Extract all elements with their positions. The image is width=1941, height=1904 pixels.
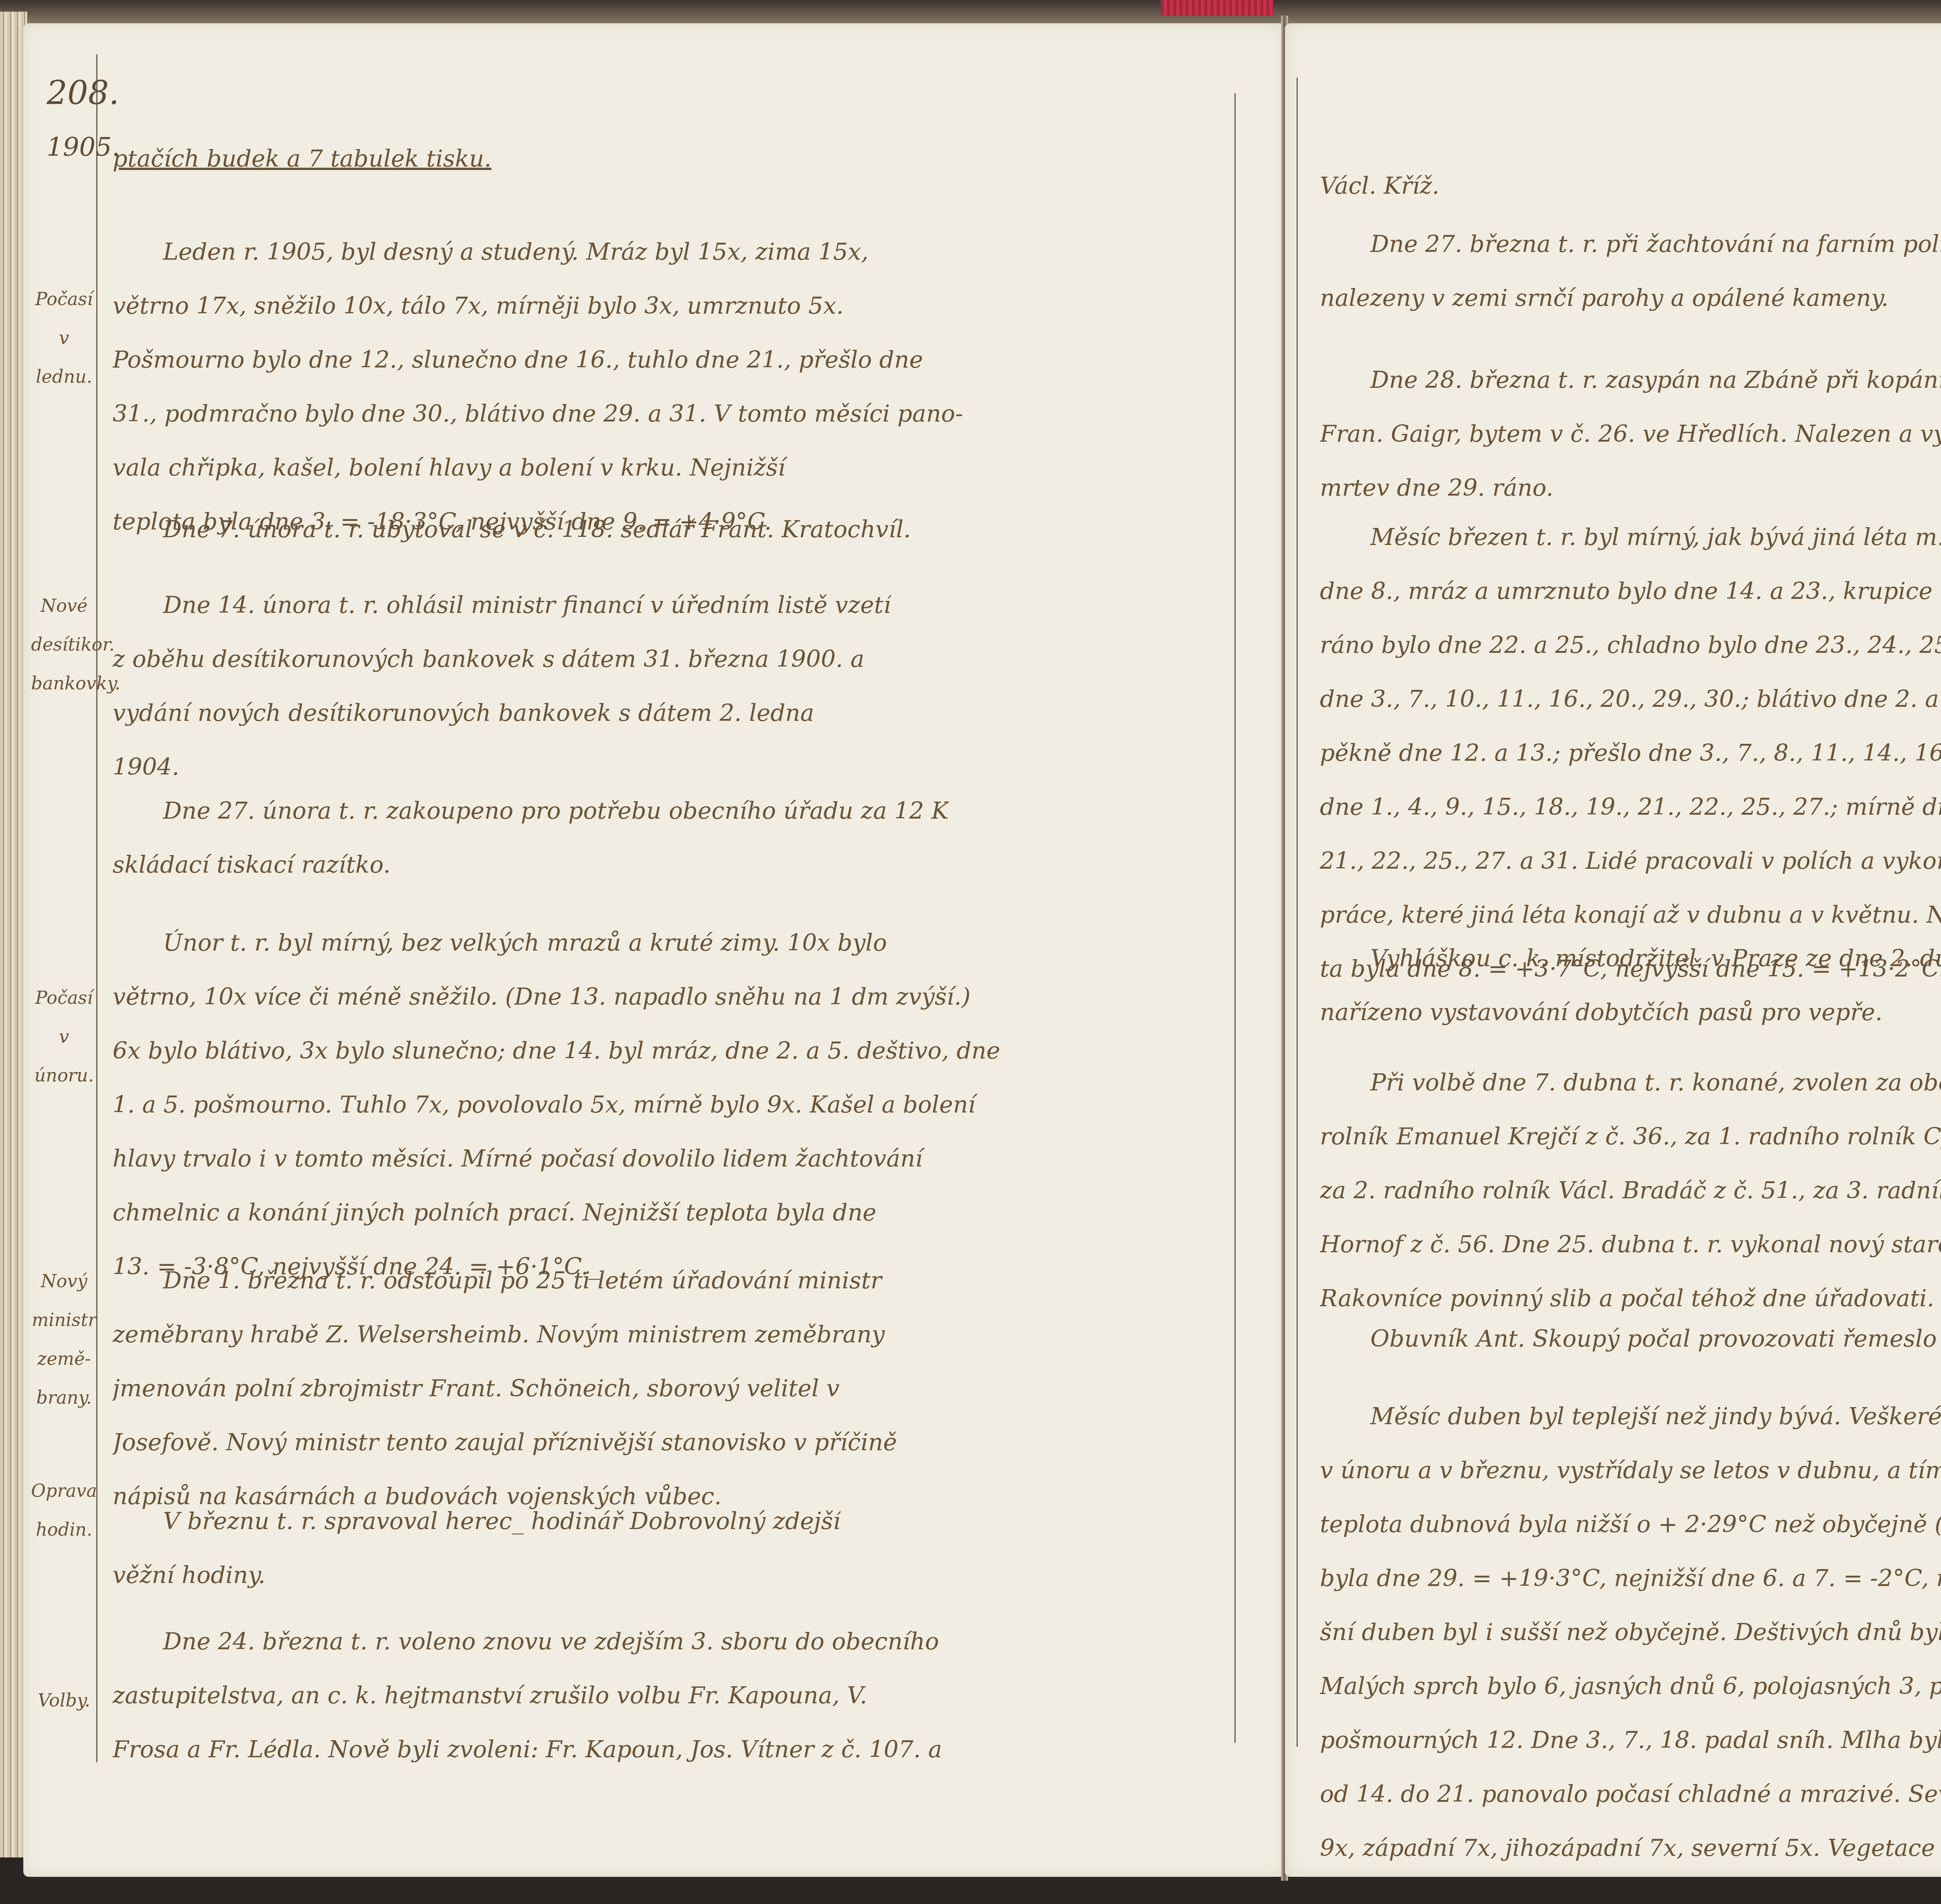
entry-old-find: Dne 27. března t. r. při žachtování na f… (1320, 217, 1941, 325)
entry-weather-january: Leden r. 1905, byl desný a studený. Mráz… (113, 225, 963, 549)
entry-vacl-kriz: Václ. Kříž. (1320, 159, 1439, 213)
right-inner-rule (1297, 78, 1298, 1747)
left-outer-rule (1234, 93, 1236, 1743)
margin-note-banknotes: Novédesítikor.bankovky. (31, 586, 97, 703)
margin-note-new-minister: Novýministrzemě-brany. (31, 1262, 97, 1417)
entry-council-election: Při volbě dne 7. dubna t. r. konané, zvo… (1320, 1056, 1941, 1326)
entry-bird-boxes: ptačích budek a 7 tabulek tisku. (113, 132, 491, 186)
year-left: 1905. (47, 132, 120, 162)
entry-new-minister: Dne 1. března t. r. odstoupil po 25 ti l… (113, 1254, 897, 1524)
entry-gaigr-buried: Dne 28. března t. r. zasypán na Zbáně př… (1320, 353, 1941, 515)
entry-weather-march: Měsíc březen t. r. byl mírný, jak bývá j… (1320, 510, 1941, 996)
entry-saddler-kratochvil: Dne 7. února t. r. ubytoval se v č. 118.… (113, 503, 911, 557)
open-book: 208. 1905. Počasívlednu. Novédesítikor.b… (0, 0, 1941, 1904)
entry-stamp-purchase: Dne 27. února t. r. zakoupeno pro potřeb… (113, 784, 949, 892)
margin-note-clock-repair: Opravahodin. (31, 1471, 97, 1549)
entry-weather-february: Únor t. r. byl mírný, bez velkých mrazů … (113, 916, 1000, 1294)
page-number-left: 208. (47, 74, 119, 112)
entry-elections: Dne 24. března t. r. voleno znovu ve zde… (113, 1615, 942, 1777)
entry-clock-repair: V březnu t. r. spravoval herec_ hodinář … (113, 1494, 840, 1602)
bookmark-ribbon (1161, 0, 1273, 16)
margin-note-weather-february: Počasívúnoru. (31, 978, 97, 1095)
margin-note-weather-january: Počasívlednu. (31, 279, 97, 396)
entry-weather-april: Měsíc duben byl teplejší než jindy bývá.… (1320, 1390, 1941, 1875)
entry-banknotes: Dne 14. února t. r. ohlásil ministr fina… (113, 578, 891, 794)
entry-pig-passports: Vyhláškou c. k. místodržitel. v Praze ze… (1320, 932, 1941, 1040)
entry-shoemaker: Obuvník Ant. Skoupý počal provozovati ře… (1320, 1312, 1941, 1366)
margin-note-elections: Volby. (31, 1681, 97, 1720)
